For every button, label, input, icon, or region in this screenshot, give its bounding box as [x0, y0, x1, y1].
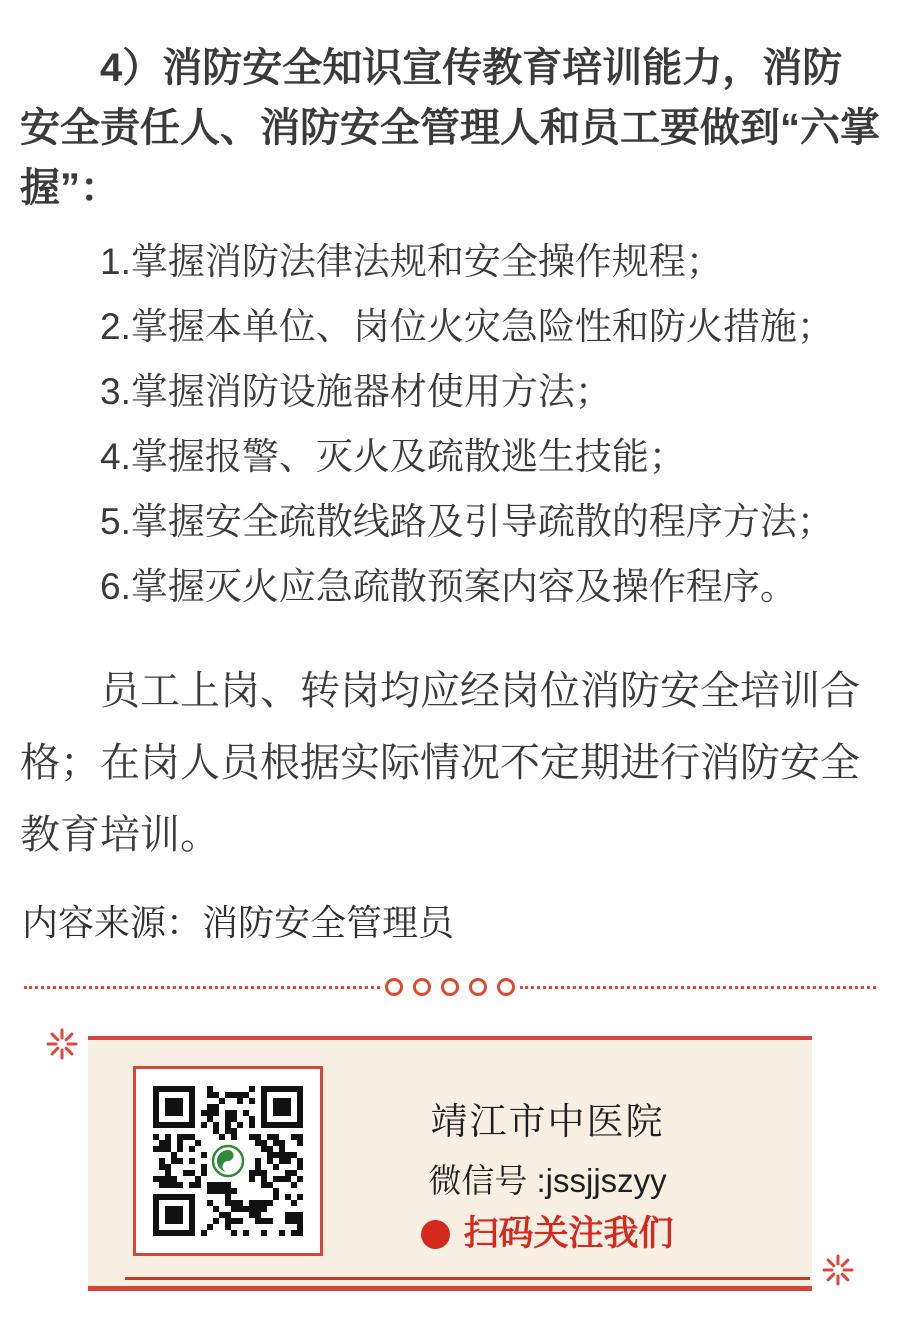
follow-prompt-label: 扫码关注我们	[463, 1214, 673, 1254]
divider-circle-icon	[497, 978, 515, 996]
hospital-name: 靖江市中医院	[431, 1100, 665, 1144]
divider-circle-icon	[441, 978, 459, 996]
follow-us-card: 靖江市中医院 微信号 :jssjjszyy 扫码关注我们	[88, 1036, 812, 1291]
list-item: 4.掌握报警、灭火及疏散逃生技能；	[100, 437, 880, 477]
qr-code-icon	[153, 1086, 303, 1236]
content-source: 内容来源：消防安全管理员	[22, 901, 880, 945]
dotted-divider	[24, 979, 876, 995]
card-inset-line	[125, 1277, 810, 1280]
training-paragraph: 员工上岗、转岗均应经岗位消防安全培训合格；在岗人员根据实际情况不定期进行消防安全…	[20, 655, 882, 871]
list-item: 2.掌握本单位、岗位火灾急险性和防火措施；	[100, 307, 880, 347]
dotted-line-left	[24, 986, 380, 989]
divider-circle-icon	[469, 978, 487, 996]
red-dot-icon	[421, 1220, 450, 1249]
list-item: 5.掌握安全疏散线路及引导疏散的程序方法；	[100, 502, 880, 542]
wechat-id: 微信号 :jssjjszyy	[428, 1162, 666, 1200]
sparkle-burst-icon	[42, 1024, 82, 1064]
list-item: 6.掌握灭火应急疏散预案内容及操作程序。	[100, 567, 880, 607]
divider-circle-icon	[385, 978, 403, 996]
list-item: 3.掌握消防设施器材使用方法；	[100, 372, 880, 412]
follow-card-text: 靖江市中医院 微信号 :jssjjszyy 扫码关注我们	[323, 1100, 812, 1254]
section-heading: 4）消防安全知识宣传教育培训能力，消防安全责任人、消防安全管理人和员工要做到“六…	[20, 38, 880, 218]
dotted-line-right	[520, 986, 876, 989]
six-mastery-list: 1.掌握消防法律法规和安全操作规程； 2.掌握本单位、岗位火灾急险性和防火措施；…	[100, 242, 880, 607]
follow-prompt: 扫码关注我们	[421, 1214, 673, 1254]
article-body: 4）消防安全知识宣传教育培训能力，消防安全责任人、消防安全管理人和员工要做到“六…	[0, 0, 900, 1291]
list-item: 1.掌握消防法律法规和安全操作规程；	[100, 242, 880, 282]
sparkle-burst-icon	[818, 1250, 858, 1290]
qr-code-frame	[133, 1066, 323, 1256]
divider-circle-icon	[413, 978, 431, 996]
